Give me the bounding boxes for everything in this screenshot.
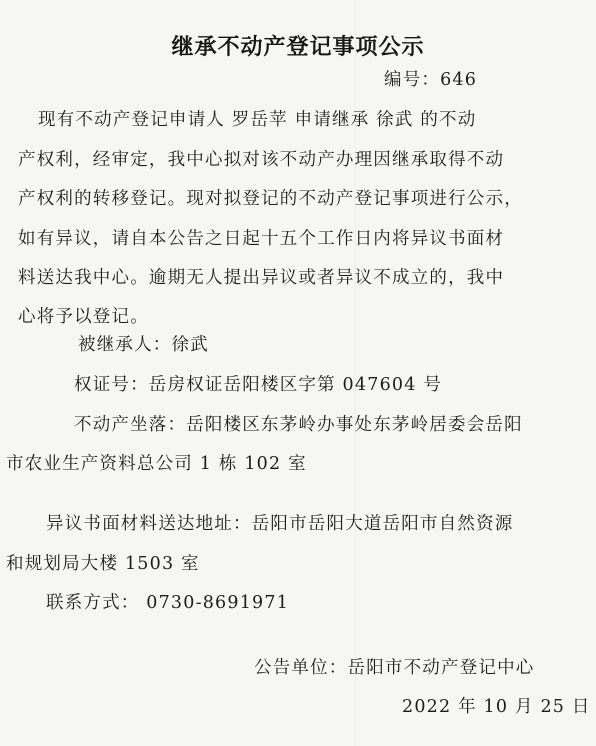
property-location-line-2: 市农业生产资料总公司 1 栋 102 室 xyxy=(6,452,307,476)
certificate-number-field: 权证号：岳房权证岳阳楼区字第 047604 号 xyxy=(74,373,442,397)
objection-address-line-1: 异议书面材料送达地址：岳阳市岳阳大道岳阳市自然资源 xyxy=(46,512,514,536)
contact-info: 联系方式： 0730-8691971 xyxy=(46,591,289,615)
issue-date: 2022 年 10 月 25 日 xyxy=(402,695,591,719)
notice-page: 继承不动产登记事项公示 编号：646 现有不动产登记申请人 罗岳苹 申请继承 徐… xyxy=(0,0,596,746)
body-line-6: 心将予以登记。 xyxy=(18,305,149,329)
body-line-1: 现有不动产登记申请人 罗岳苹 申请继承 徐武 的不动 xyxy=(38,108,476,132)
body-line-2: 产权利，经审定，我中心拟对该不动产办理因继承取得不动 xyxy=(18,148,504,172)
serial-number: 编号：646 xyxy=(384,68,477,92)
decedent-field: 被继承人：徐武 xyxy=(78,333,209,357)
issuer: 公告单位：岳阳市不动产登记中心 xyxy=(254,656,535,680)
document-title: 继承不动产登记事项公示 xyxy=(0,30,596,61)
objection-address-line-2: 和规划局大楼 1503 室 xyxy=(6,552,200,576)
property-location-line-1: 不动产坐落：岳阳楼区东茅岭办事处东茅岭居委会岳阳 xyxy=(74,413,523,437)
body-line-5: 料送达我中心。逾期无人提出异议或者异议不成立的，我中 xyxy=(18,266,504,290)
body-line-4: 如有异议，请自本公告之日起十五个工作日内将异议书面材 xyxy=(18,227,504,251)
body-line-3: 产权利的转移登记。现对拟登记的不动产登记事项进行公示， xyxy=(18,187,523,211)
